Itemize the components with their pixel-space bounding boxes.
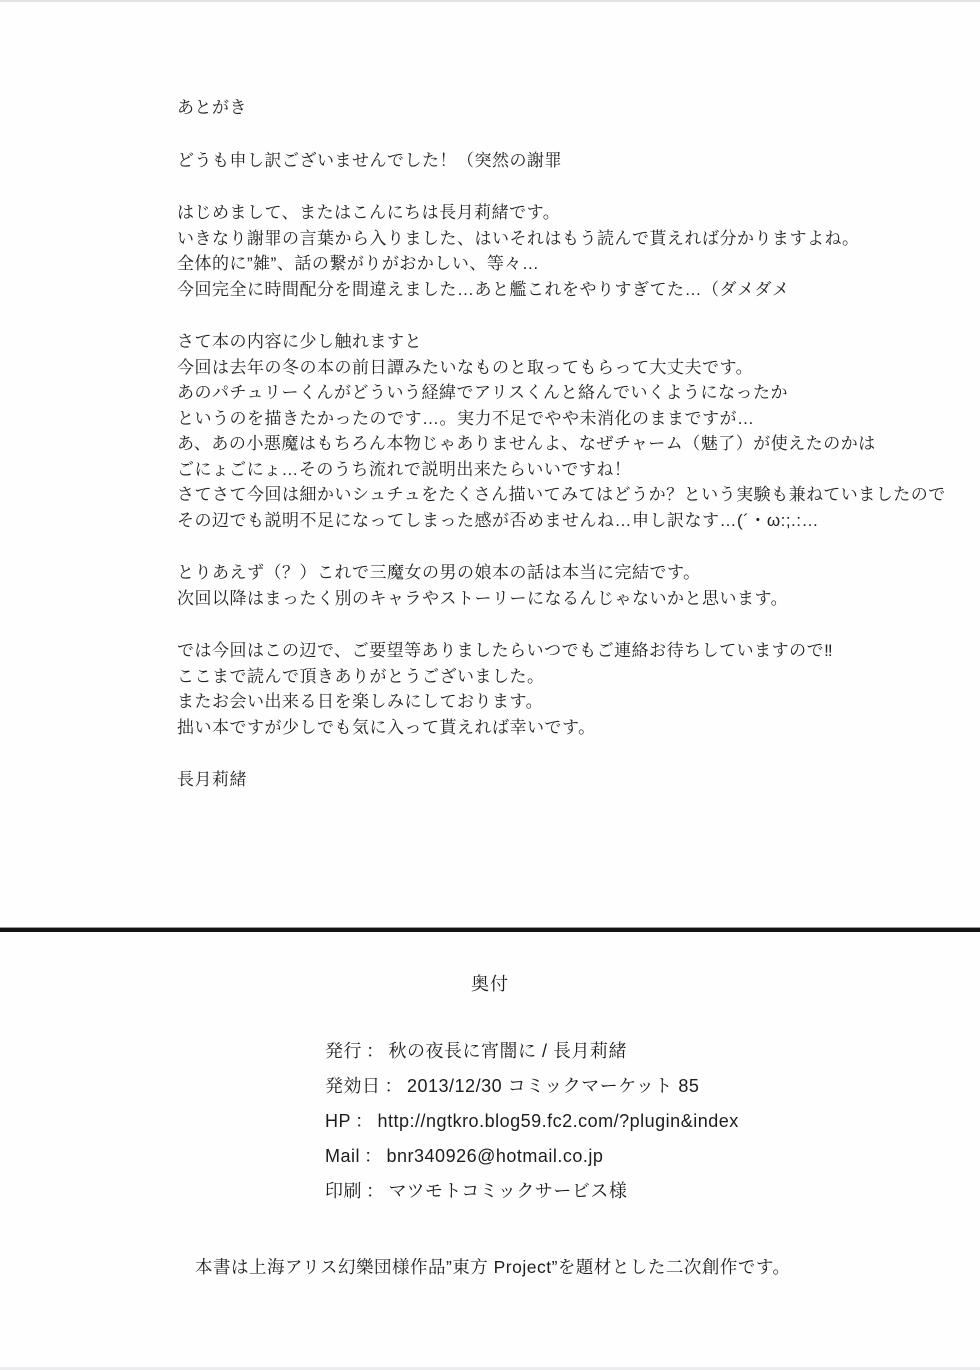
afterword-section: あとがき どうも申し訳ございませんでした！（突然の謝罪 はじめまして、またはこん… [177, 95, 937, 820]
afterword-line: またお会い出来る日を楽しみにしております。 [177, 689, 937, 715]
colophon-entry-mail: Mail：bnr340926@hotmail.co.jp [325, 1139, 739, 1174]
colophon-entry-printer: 印刷：マツモトコミックサービス様 [325, 1174, 739, 1209]
colophon-entry-publisher: 発行：秋の夜長に宵闇に / 長月莉緒 [325, 1034, 739, 1069]
entry-value: http://ngtkro.blog59.fc2.com/?plugin&ind… [378, 1111, 739, 1131]
entry-value: 2013/12/30 コミックマーケット 85 [407, 1076, 699, 1096]
afterword-line: 次回以降はまったく別のキャラやストーリーになるんじゃないかと思います。 [177, 586, 937, 612]
afterword-paragraph-greeting: はじめまして、またはこんにちは長月莉緒です。 いきなり謝罪の言葉から入りました、… [177, 200, 937, 302]
entry-separator: ： [381, 1076, 408, 1096]
afterword-line: ここまで読んで頂きありがとうございました。 [177, 664, 937, 690]
colophon-disclaimer: 本書は上海アリス幻樂団様作品”東方 Project”を題材とした二次創作です。 [195, 1254, 980, 1279]
section-divider [0, 927, 980, 932]
entry-separator: ： [362, 1181, 389, 1201]
colophon-entry-issue-date: 発効日：2013/12/30 コミックマーケット 85 [325, 1069, 739, 1104]
afterword-line: あ、あの小悪魔はもちろん本物じゃありませんよ、なぜチャーム（魅了）が使えたのかは [177, 431, 937, 457]
afterword-line: その辺でも説明不足になってしまった感が否めませんね…申し訳なす…(´・ω:;.:… [177, 508, 937, 534]
afterword-line: さてさて今回は細かいシュチュをたくさん描いてみてはどうか？という実験も兼ねていま… [177, 482, 937, 508]
afterword-line: 今回は去年の冬の本の前日譚みたいなものと取ってもらって大丈夫です。 [177, 355, 937, 381]
afterword-line: 拙い本ですが少しでも気に入って貰えれば幸いです。 [177, 715, 937, 741]
afterword-line: ごにょごにょ…そのうち流れで説明出来たらいいですね！ [177, 457, 937, 483]
afterword-line: さて本の内容に少し触れますと [177, 329, 937, 355]
colophon-entries: 発行：秋の夜長に宵闇に / 長月莉緒 発効日：2013/12/30 コミックマー… [325, 1034, 739, 1209]
entry-value: bnr340926@hotmail.co.jp [387, 1146, 604, 1166]
entry-label: HP [325, 1111, 351, 1131]
afterword-paragraph-conclusion: とりあえず（？）これで三魔女の男の娘本の話は本当に完結です。 次回以降はまったく… [177, 560, 937, 611]
afterword-line: では今回はこの辺で、ご要望等ありましたらいつでもご連絡お待ちしていますので‼ [177, 638, 937, 664]
afterword-line: 今回完全に時間配分を間違えました…あと艦これをやりすぎてた…（ダメダメ [177, 277, 937, 303]
doujin-afterword-page: あとがき どうも申し訳ございませんでした！（突然の謝罪 はじめまして、またはこん… [0, 0, 980, 1370]
afterword-paragraph-book-content: さて本の内容に少し触れますと 今回は去年の冬の本の前日譚みたいなものと取ってもら… [177, 329, 937, 533]
afterword-line: 全体的に”雑”、話の繋がりがおかしい、等々… [177, 251, 937, 277]
afterword-line: いきなり謝罪の言葉から入りました、はいそれはもう読んで貰えれば分かりますよね。 [177, 226, 937, 252]
entry-label: 発行 [325, 1041, 362, 1061]
afterword-title: あとがき [177, 95, 937, 121]
entry-label: 印刷 [325, 1181, 362, 1201]
afterword-line: 長月莉緒 [177, 767, 937, 793]
colophon-title: 奥付 [0, 970, 980, 996]
afterword-line: というのを描きたかったのです…。実力不足でやや未消化のままですが… [177, 406, 937, 432]
entry-label: Mail [325, 1146, 360, 1166]
author-signature: 長月莉緒 [177, 767, 937, 793]
afterword-paragraph-thanks: では今回はこの辺で、ご要望等ありましたらいつでもご連絡お待ちしていますので‼ こ… [177, 638, 937, 740]
entry-separator: ： [362, 1041, 389, 1061]
entry-separator: ： [360, 1146, 387, 1166]
entry-label: 発効日 [325, 1076, 381, 1096]
colophon-entry-homepage: HP：http://ngtkro.blog59.fc2.com/?plugin&… [325, 1104, 739, 1139]
entry-separator: ： [351, 1111, 378, 1131]
afterword-line: どうも申し訳ございませんでした！（突然の謝罪 [177, 148, 937, 174]
afterword-line: はじめまして、またはこんにちは長月莉緒です。 [177, 200, 937, 226]
afterword-line: あのパチュリーくんがどういう経緯でアリスくんと絡んでいくようになったか [177, 380, 937, 406]
afterword-line: とりあえず（？）これで三魔女の男の娘本の話は本当に完結です。 [177, 560, 937, 586]
entry-value: 秋の夜長に宵闇に / 長月莉緒 [389, 1041, 628, 1061]
afterword-paragraph-apology: どうも申し訳ございませんでした！（突然の謝罪 [177, 148, 937, 174]
entry-value: マツモトコミックサービス様 [389, 1181, 628, 1201]
